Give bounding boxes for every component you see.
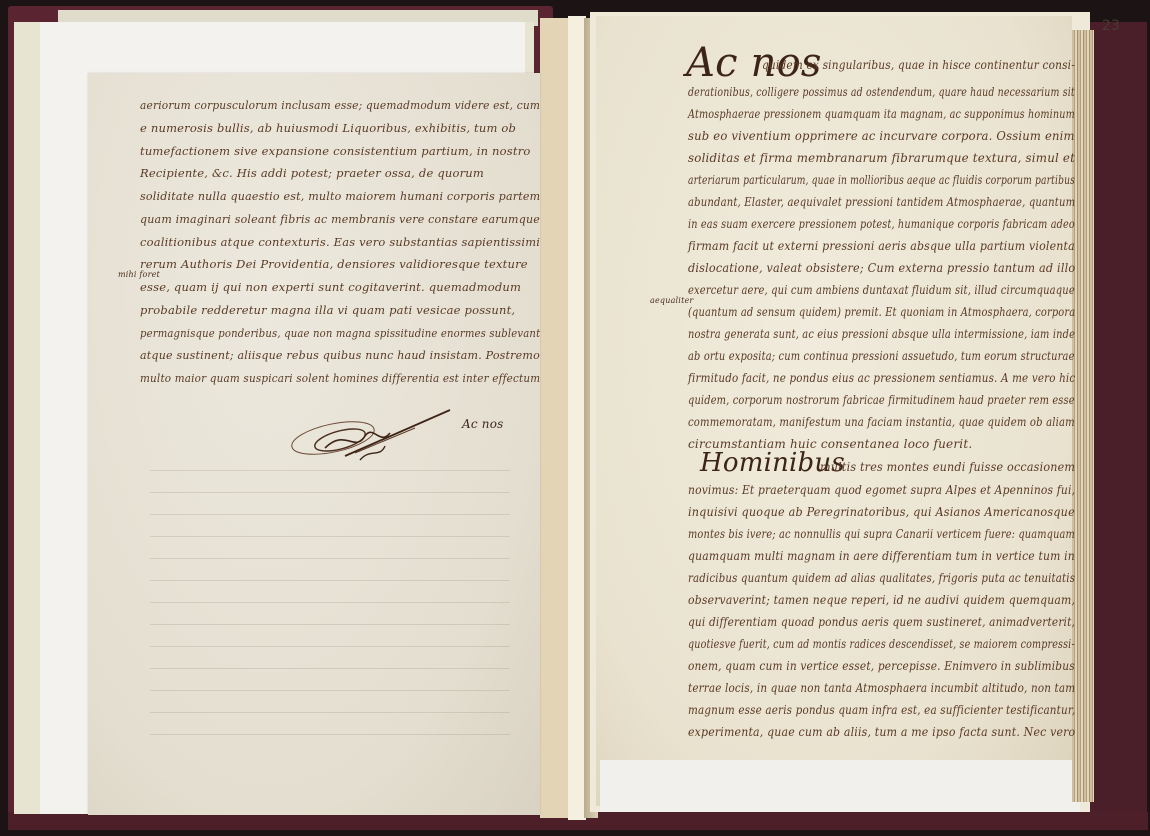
left-line: permagnisque ponderibus, quae non magna … bbox=[140, 326, 540, 340]
right-line: radicibus quantum quidem ad alias qualit… bbox=[688, 571, 1075, 585]
left-marginal-note: mihi foret bbox=[118, 270, 160, 279]
left-line: esse, quam ij qui non experti sunt cogit… bbox=[140, 280, 521, 294]
left-line: multo maior quam suspicari solent homine… bbox=[140, 371, 540, 385]
right-line: (quantum ad sensum quidem) premit. Et qu… bbox=[688, 305, 1075, 319]
right-marginal-note: aequaliter bbox=[650, 296, 693, 305]
left-line: tumefactionem sive expansione consistent… bbox=[140, 144, 531, 158]
right-line: firmitudo facit, ne pondus eius ac press… bbox=[688, 371, 1075, 385]
right-line: dislocatione, valeat obsistere; Cum exte… bbox=[688, 261, 1075, 275]
right-line: firmam facit ut externi pressioni aeris … bbox=[688, 239, 1075, 253]
catchword: Ac nos bbox=[462, 417, 504, 431]
left-line: atque sustinent; aliisque rebus quibus n… bbox=[140, 348, 540, 362]
right-line: derationibus, colligere possimus ad oste… bbox=[688, 85, 1075, 99]
right-line: inquisivi quoque ab Peregrinatoribus, qu… bbox=[688, 505, 1075, 519]
interleaf-below-page bbox=[600, 760, 1080, 812]
right-line: experimenta, quae cum ab aliis, tum a me… bbox=[688, 725, 1075, 739]
left-line: aeriorum corpusculorum inclusam esse; qu… bbox=[140, 98, 540, 112]
right-line: quidem, corporum nostrorum fabricae firm… bbox=[688, 393, 1075, 407]
text-block-fore-edge bbox=[1072, 30, 1094, 802]
right-line: magnum esse aeris pondus quam infra est,… bbox=[688, 703, 1075, 717]
folio-number: 23 bbox=[1102, 18, 1120, 34]
book-case-right-cover bbox=[1085, 22, 1147, 830]
right-line: nostra generata sunt, ac eius pressioni … bbox=[688, 327, 1075, 341]
right-line: abundant, Elaster, aequivalet pressioni … bbox=[688, 195, 1075, 209]
right-line: quotiesve fuerit, cum ad montis radices … bbox=[688, 637, 1075, 651]
left-line: probabile redderetur magna illa vi quam … bbox=[140, 303, 515, 317]
right-line: Atmosphaerae pressionem quamquam ita mag… bbox=[688, 107, 1075, 121]
left-line: soliditate nulla quaestio est, multo mai… bbox=[140, 189, 540, 203]
left-line: rerum Authoris Dei Providentia, densiore… bbox=[140, 257, 528, 271]
right-line: qui differentiam quoad pondus aeris quem… bbox=[688, 615, 1075, 629]
right-line: terrae locis, in quae non tanta Atmospha… bbox=[688, 681, 1075, 695]
right-line: exercetur aere, qui cum ambiens duntaxat… bbox=[688, 283, 1075, 297]
left-line: quam imaginari soleant fibris ac membran… bbox=[140, 212, 540, 226]
right-line: montes bis ivere; ac nonnullis qui supra… bbox=[688, 527, 1075, 541]
left-line: e numerosis bullis, ab huiusmodi Liquori… bbox=[140, 121, 516, 135]
signature-flourish-icon bbox=[285, 398, 455, 468]
right-line: novimus: Et praeterquam quod egomet supr… bbox=[688, 483, 1075, 497]
right-line: quidem ex singularibus, quae in hisce co… bbox=[762, 58, 1075, 72]
right-line: in eas suam exercere pressionem potest, … bbox=[688, 217, 1075, 231]
left-line: Recipiente, &c. His addi potest; praeter… bbox=[140, 166, 484, 180]
right-line: soliditas et firma membranarum fibrarumq… bbox=[688, 151, 1075, 165]
right-line: quamquam multi magnam in aere differenti… bbox=[688, 549, 1075, 563]
right-line: observaverint; tamen neque reperi, id ne… bbox=[688, 593, 1075, 607]
right-line: onem, quam cum in vertice esset, percepi… bbox=[688, 659, 1075, 673]
right-line: arteriarum particularum, quae in mollior… bbox=[688, 173, 1075, 187]
left-line: coalitionibus atque contexturis. Eas ver… bbox=[140, 235, 540, 249]
right-line: multis tres montes eundi fuisse occasion… bbox=[820, 460, 1075, 474]
right-line: commemoratam, manifestum una faciam inst… bbox=[688, 415, 1075, 429]
right-line: ab ortu exposita; cum continua pressioni… bbox=[688, 349, 1075, 363]
right-line: sub eo viventium opprimere ac incurvare … bbox=[688, 129, 1075, 143]
